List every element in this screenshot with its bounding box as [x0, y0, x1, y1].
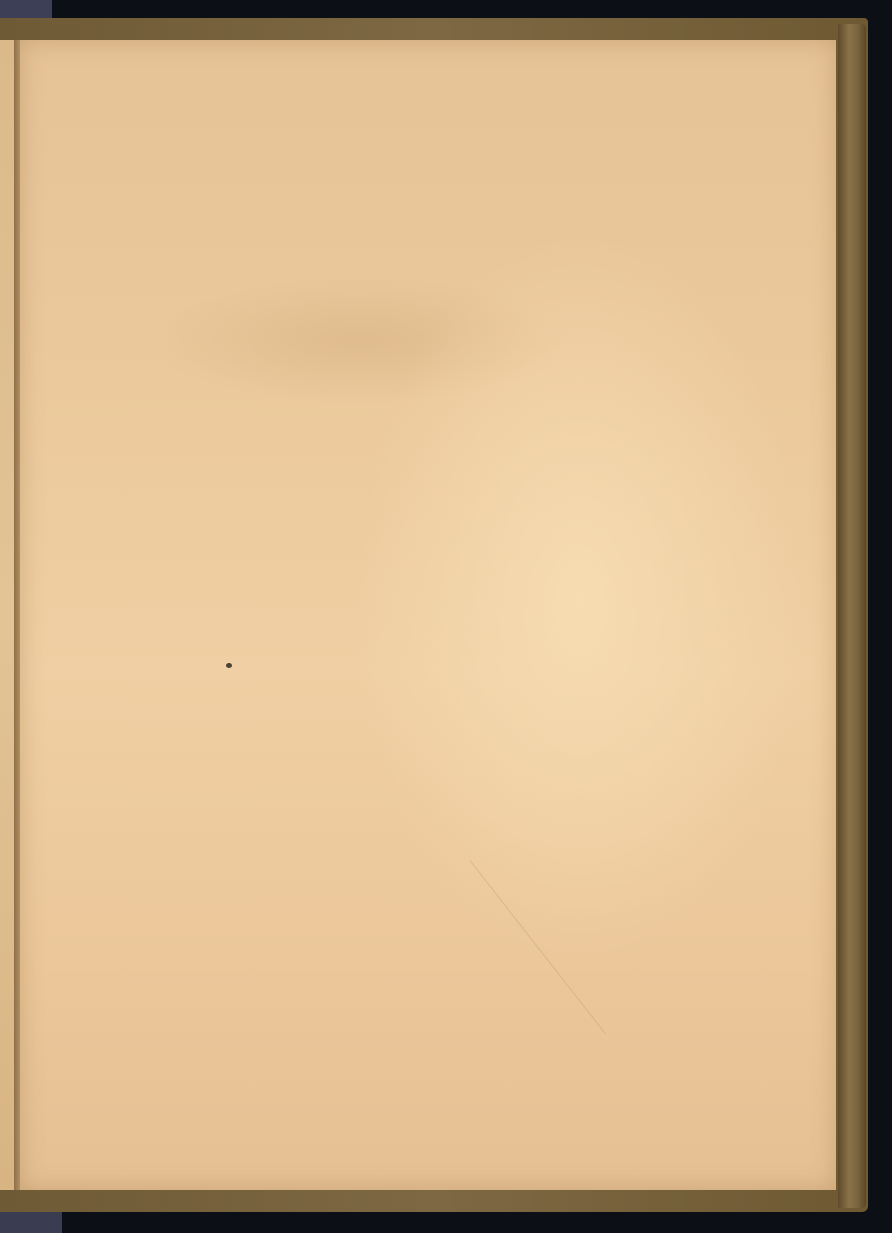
- cover-turnover-edge: [838, 24, 866, 1208]
- ink-spot: [226, 663, 232, 668]
- blank-endpaper: [20, 40, 836, 1190]
- background-corner: [0, 0, 52, 18]
